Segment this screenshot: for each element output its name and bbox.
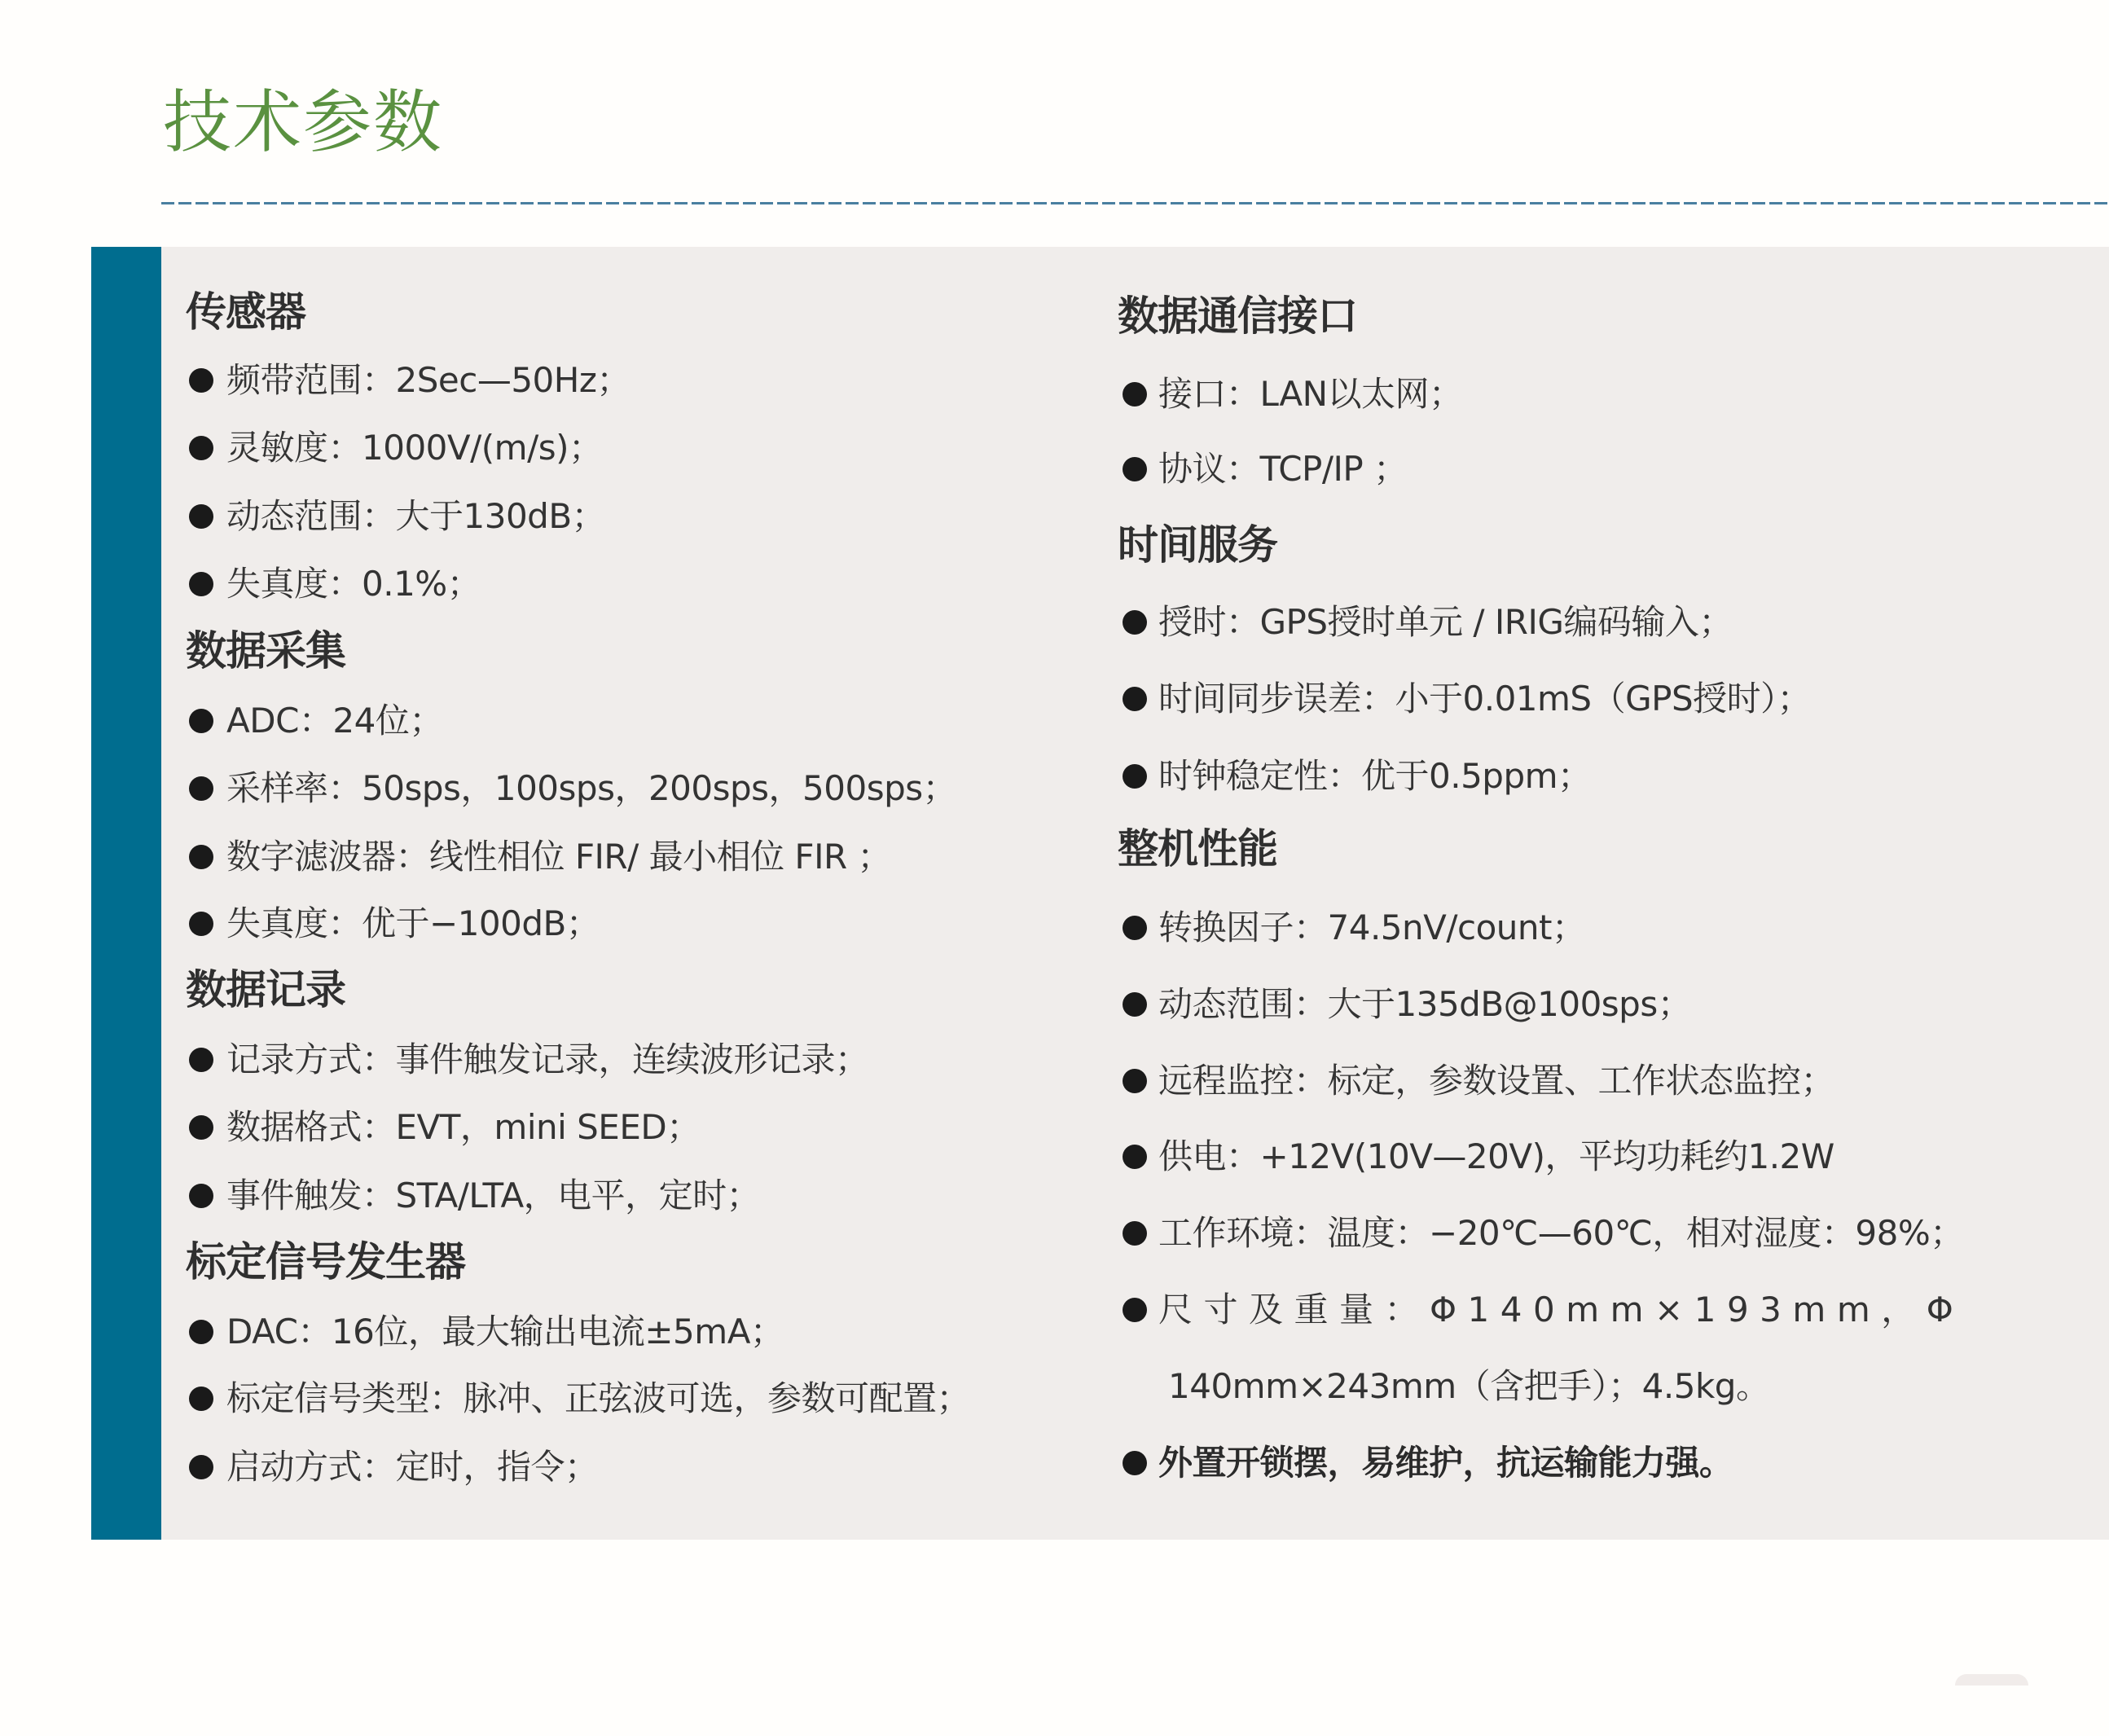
bullet-icon xyxy=(189,1115,213,1140)
bullet-icon xyxy=(189,504,213,529)
bullet-icon xyxy=(189,776,213,801)
list-item: 供电：+12V(10V—20V)，平均功耗约1.2W xyxy=(1123,1134,1834,1180)
list-item: 数字滤波器：线性相位 FIR/ 最小相位 FIR ； xyxy=(189,834,891,880)
bullet-icon xyxy=(1123,1298,1147,1322)
page-title: 技术参数 xyxy=(163,81,443,163)
list-item: 频带范围：2Sec—50Hz； xyxy=(189,358,631,403)
list-item: 转换因子：74.5nV/count； xyxy=(1123,905,1586,951)
section-heading-communication: 数据通信接口 xyxy=(1118,292,1357,341)
list-item: 接口：LAN以太网； xyxy=(1123,371,1463,417)
bullet-icon xyxy=(1123,1221,1147,1246)
section-heading-sensor: 传感器 xyxy=(186,288,305,336)
list-item: 失真度：优于−100dB； xyxy=(189,901,600,947)
list-item: 失真度：0.1%； xyxy=(189,561,481,607)
bullet-icon xyxy=(189,1184,213,1208)
list-item: 事件触发：STA/LTA，电平，定时； xyxy=(189,1173,760,1219)
list-item: ADC：24位； xyxy=(189,698,443,744)
bullet-icon xyxy=(1123,764,1147,789)
bullet-icon xyxy=(189,368,213,393)
list-item: 协议：TCP/IP ； xyxy=(1123,446,1408,492)
bullet-icon xyxy=(189,1387,213,1411)
section-heading-performance: 整机性能 xyxy=(1118,824,1277,873)
bullet-icon xyxy=(1123,992,1147,1017)
list-item-dimensions-continued: 140mm×243mm（含把手）；4.5kg。 xyxy=(1168,1364,1769,1409)
list-item: 记录方式：事件触发记录，连续波形记录； xyxy=(189,1037,869,1083)
list-item: 采样率：50sps，100sps，200sps，500sps； xyxy=(189,766,956,811)
list-item: 外置开锁摆，易维护，抗运输能力强。 xyxy=(1123,1440,1733,1486)
section-heading-time-service: 时间服务 xyxy=(1118,521,1277,569)
list-item: 时间同步误差：小于0.01mS（GPS授时）； xyxy=(1123,676,1811,722)
list-item: 启动方式：定时，指令； xyxy=(189,1444,599,1490)
bullet-icon xyxy=(1123,610,1147,635)
list-item: 动态范围：大于135dB@100sps； xyxy=(1123,982,1691,1027)
list-item: 动态范围：大于130dB； xyxy=(189,494,605,539)
list-item: 灵敏度：1000V/(m/s)； xyxy=(189,425,603,471)
bullet-icon xyxy=(1123,1069,1147,1093)
section-heading-calibration: 标定信号发生器 xyxy=(186,1237,465,1286)
list-item: 远程监控：标定，参数设置、工作状态监控； xyxy=(1123,1058,1834,1104)
list-item: 时钟稳定性：优于0.5ppm； xyxy=(1123,754,1592,799)
bullet-icon xyxy=(189,1455,213,1479)
bullet-icon xyxy=(189,912,213,936)
bullet-icon xyxy=(1123,916,1147,940)
bullet-icon xyxy=(189,1048,213,1072)
bullet-icon xyxy=(189,436,213,460)
bullet-icon xyxy=(1123,382,1147,407)
accent-side-bar xyxy=(91,247,161,1540)
page-corner-mark xyxy=(1955,1674,2028,1685)
bullet-icon xyxy=(1123,687,1147,711)
list-item: 标定信号类型：脉冲、正弦波可选，参数可配置； xyxy=(189,1376,970,1422)
section-heading-recording: 数据记录 xyxy=(186,965,345,1014)
bullet-icon xyxy=(189,572,213,596)
list-item: DAC：16位，最大输出电流±5mA； xyxy=(189,1309,784,1355)
bullet-icon xyxy=(189,845,213,869)
bullet-icon xyxy=(189,709,213,733)
bullet-icon xyxy=(1123,1451,1147,1475)
section-heading-acquisition: 数据采集 xyxy=(186,626,345,675)
bullet-icon xyxy=(189,1320,213,1344)
list-item: 工作环境：温度：−20℃—60℃，相对湿度：98%； xyxy=(1123,1211,1964,1256)
bullet-icon xyxy=(1123,457,1147,481)
bullet-icon xyxy=(1123,1145,1147,1169)
dashed-divider xyxy=(161,202,2109,204)
list-item-dimensions: 尺寸及重量：Φ140mm×193mm，Φ xyxy=(1123,1287,1964,1333)
list-item: 数据格式：EVT，mini SEED； xyxy=(189,1105,701,1150)
list-item: 授时：GPS授时单元 / IRIG编码输入； xyxy=(1123,600,1733,645)
